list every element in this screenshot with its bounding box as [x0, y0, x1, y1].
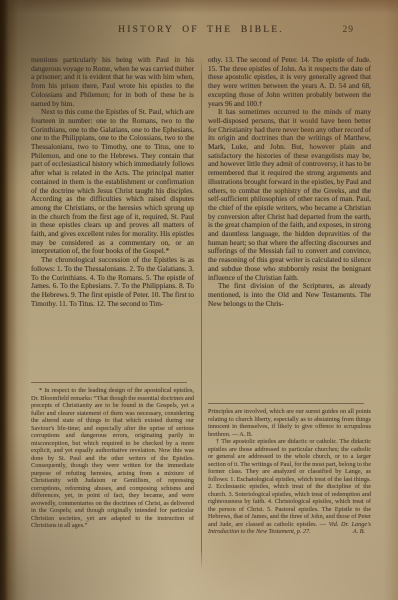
right-column: othy. 13. The second of Peter. 14. The e…	[208, 56, 371, 576]
paragraph: The first division of the Scriptures, as…	[208, 282, 371, 308]
running-head-title: HISTORY OF THE BIBLE.	[32, 25, 370, 35]
footnote-dagger: † The apostolic epistles are didactic or…	[208, 438, 371, 536]
left-column: mentions particularly his being with Pau…	[31, 56, 194, 576]
right-column-body: othy. 13. The second of Peter. 14. The e…	[208, 56, 371, 399]
footnote-dagger-text: † The apostolic epistles are didactic or…	[208, 438, 371, 528]
paragraph: mentions particularly his being with Pau…	[31, 56, 194, 108]
page-header: HISTORY OF THE BIBLE. 29	[32, 25, 370, 39]
left-column-footnotes: * In respect to the leading design of th…	[31, 387, 194, 576]
paragraph: othy. 13. The second of Peter. 14. The e…	[208, 56, 371, 108]
footnote-signature: A. B.	[345, 528, 371, 536]
column-gap	[194, 56, 208, 576]
paragraph: The chronological succession of the Epis…	[31, 256, 194, 308]
paragraph: It has sometimes occurred to the minds o…	[208, 108, 371, 282]
footnote-separator-rule	[208, 403, 364, 404]
right-column-footnotes: Principles are involved, which are our s…	[208, 408, 371, 576]
column-divider-rule	[201, 58, 202, 570]
text-block: mentions particularly his being with Pau…	[31, 56, 371, 576]
page-number: 29	[343, 25, 355, 35]
book-page-scan: HISTORY OF THE BIBLE. 29 mentions partic…	[0, 0, 398, 600]
left-column-body: mentions particularly his being with Pau…	[31, 56, 194, 378]
footnote-separator-rule	[31, 382, 187, 383]
footnote-continuation: Principles are involved, which are our s…	[208, 408, 371, 438]
paragraph: Next to this come the Epistles of St. Pa…	[31, 108, 194, 256]
footnote-asterisk: * In respect to the leading design of th…	[31, 387, 194, 530]
